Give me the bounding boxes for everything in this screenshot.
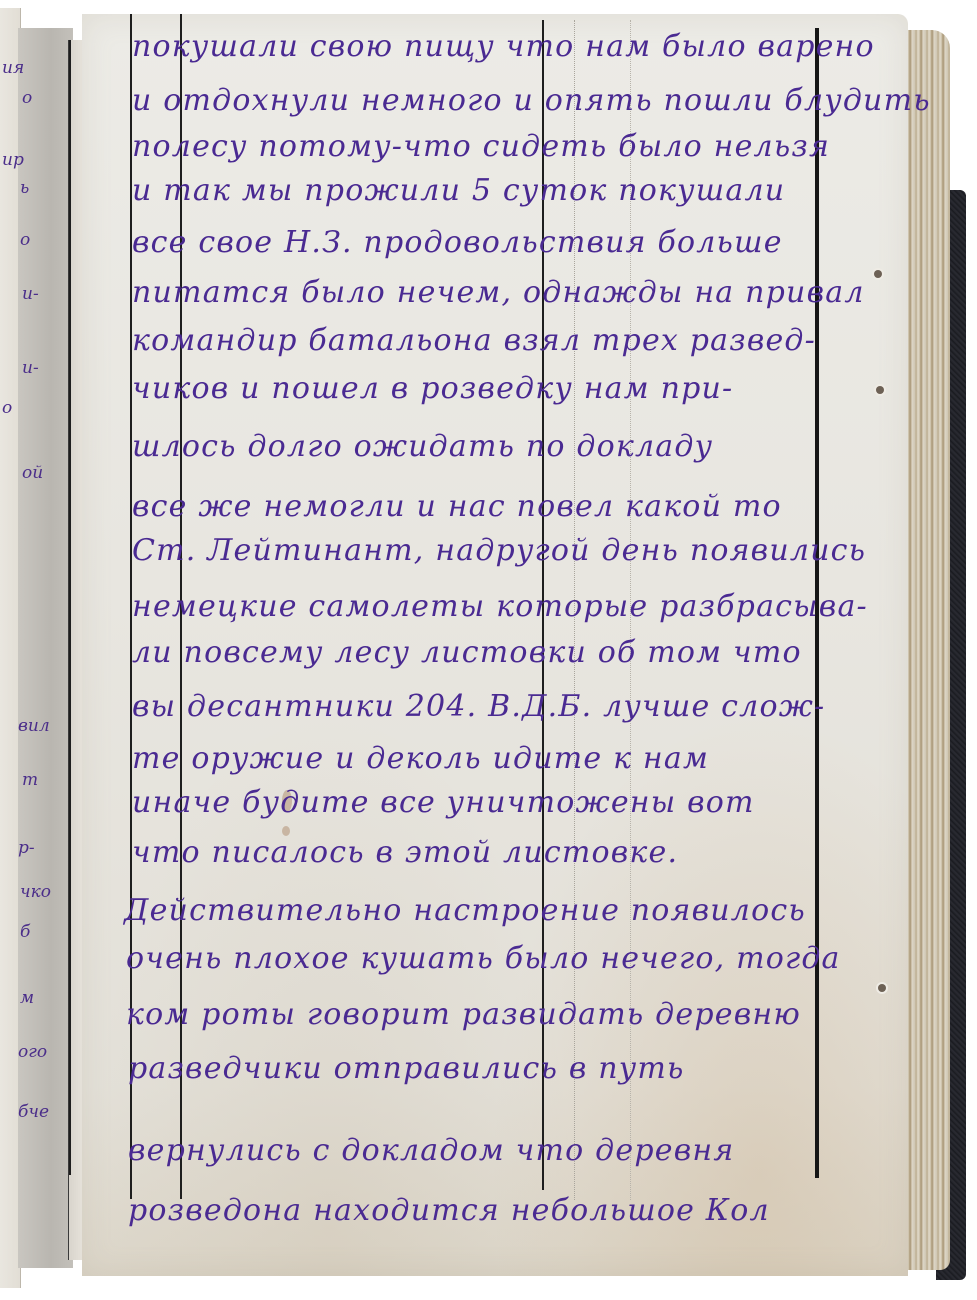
text-line: и отдохнули немного и опять пошли блудит… xyxy=(132,86,931,116)
left-fragment: о xyxy=(2,400,12,417)
left-fragment: ой xyxy=(22,465,43,482)
text-line: чиков и пошел в розведку нам при- xyxy=(132,374,733,404)
text-line: розведона находится небольшое Кол xyxy=(128,1196,770,1226)
left-fragment: м xyxy=(20,990,34,1007)
text-line: иначе будите все уничтожены вот xyxy=(132,788,755,818)
left-fragment: ир xyxy=(2,152,24,169)
left-fragment: ого xyxy=(18,1044,47,1061)
text-line: все свое Н.З. продовольствия больше xyxy=(132,228,783,258)
binding-hole xyxy=(876,386,884,394)
text-line: покушали свою пищу что нам было варено xyxy=(132,32,875,62)
text-line: Действительно настроение появилось xyxy=(124,896,806,926)
text-line: вернулись с докладом что деревня xyxy=(128,1136,734,1166)
left-fragment: вил xyxy=(18,718,50,735)
diary-photo: ия о ир ь о и- и- о ой вил т р- чко б м … xyxy=(0,0,977,1300)
left-fragment: чко xyxy=(20,884,51,901)
binding-hole xyxy=(878,984,886,992)
left-fragment: ия xyxy=(2,60,24,77)
text-line: что писалось в этой листовке. xyxy=(132,838,678,868)
text-line: ли повсему лесу листовки об том что xyxy=(132,638,802,668)
text-line: немецкие самолеты которые разбрасыва- xyxy=(132,592,868,622)
left-fragment: ь xyxy=(20,180,29,197)
text-line: разведчики отправились в путь xyxy=(128,1054,685,1084)
text-line: шлось долго ожидать по докладу xyxy=(132,432,713,462)
text-line: питатся было нечем, однажды на привал xyxy=(132,278,865,308)
text-line: все же немогли и нас повел какой то xyxy=(132,492,782,522)
left-page-rule-line xyxy=(69,40,71,1175)
left-fragment: б xyxy=(20,924,30,941)
text-line: Ст. Лейтинант, надругой день появились xyxy=(132,536,866,566)
text-line: командир батальона взял трех развед- xyxy=(132,326,816,356)
left-fragment: р- xyxy=(18,840,35,857)
text-line: полесу потому-что сидеть было нельзя xyxy=(132,132,830,162)
left-fragment: и- xyxy=(22,286,39,303)
left-fragment: т xyxy=(22,772,38,789)
left-fragment: и- xyxy=(22,360,39,377)
text-line: те оружие и деколь идите к нам xyxy=(132,744,709,774)
left-fragment: о xyxy=(20,232,30,249)
left-page-text-fragments: ия о ир ь о и- и- о ой вил т р- чко б м … xyxy=(0,0,70,1300)
text-line: вы десантники 204. В.Д.Б. лучше слож- xyxy=(132,692,825,722)
text-line: очень плохое кушать было нечего, тогда xyxy=(126,944,841,974)
binding-hole xyxy=(874,270,882,278)
left-fragment: о xyxy=(22,90,32,107)
text-line: ком роты говорит развидать деревню xyxy=(126,1000,801,1030)
text-line: и так мы прожили 5 суток покушали xyxy=(132,176,785,206)
left-fragment: бче xyxy=(18,1104,49,1121)
